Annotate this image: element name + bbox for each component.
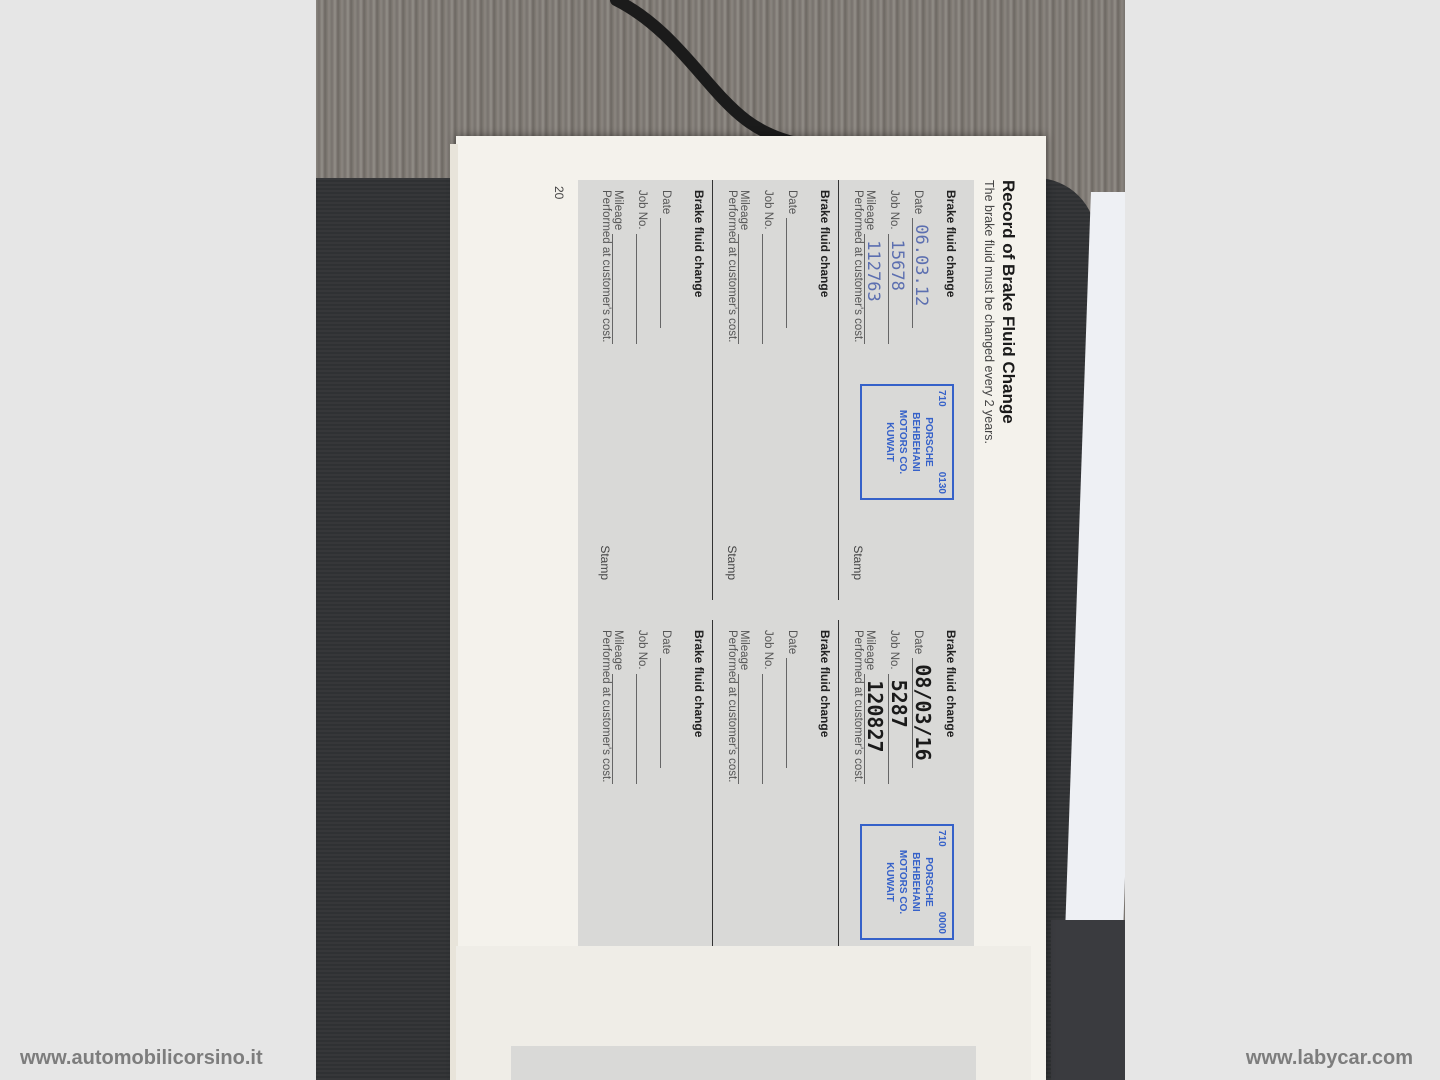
handwritten-mileage: 120827: [863, 680, 887, 752]
field-label: Mileage: [612, 630, 624, 670]
field-line: [660, 658, 678, 768]
stamp-code-right: 0130: [935, 472, 948, 494]
performed-note: Performed at customer's cost.: [600, 190, 612, 590]
dark-card: [1051, 920, 1125, 1080]
field-label: Date: [660, 190, 672, 214]
stamp-code-left: 710: [935, 390, 948, 407]
field-line: [612, 674, 630, 784]
field-label: Job No.: [762, 630, 774, 670]
field-label: Mileage: [612, 190, 624, 230]
field-line: [738, 234, 756, 344]
field-line: [660, 218, 678, 328]
dealer-stamp: 7100000PORSCHEBEHBEHANI MOTORS CO.KUWAIT: [860, 824, 954, 940]
performed-note: Performed at customer's cost.: [726, 190, 738, 590]
stamp-brand: PORSCHE: [922, 390, 935, 494]
handwritten-mileage: 112763: [863, 240, 883, 301]
field-label: Mileage: [864, 190, 876, 230]
stamp-country: KUWAIT: [883, 390, 896, 494]
field-label: Job No.: [888, 630, 900, 670]
stamp-code-right: 0000: [935, 912, 948, 934]
record-entry: Brake fluid changeDateJob No.MileagePerf…: [586, 180, 712, 600]
entry-title: Brake fluid change: [818, 190, 832, 590]
stamp-label: Stamp: [851, 545, 865, 580]
photo: Record of Brake Fluid Change The brake f…: [316, 0, 1125, 1080]
field-job_no: Job No.: [636, 190, 660, 590]
field-label: Date: [660, 630, 672, 654]
field-line: 5287: [888, 674, 906, 784]
field-line: [762, 674, 780, 784]
record-entry: Brake fluid changeDate06.03.12Job No.156…: [838, 180, 964, 600]
record-entry: Brake fluid changeDateJob No.MileagePerf…: [712, 180, 838, 600]
page-title: Record of Brake Fluid Change: [998, 180, 1018, 1050]
field-label: Job No.: [762, 190, 774, 230]
field-line: 08/03/16: [912, 658, 930, 768]
field-mileage: Mileage: [738, 190, 762, 590]
field-date: Date: [786, 190, 810, 590]
watermark-right: www.labycar.com: [1246, 1047, 1413, 1070]
field-line: 15678: [888, 234, 906, 344]
field-label: Date: [786, 190, 798, 214]
page-subtitle: The brake fluid must be changed every 2 …: [982, 180, 996, 1050]
handwritten-date: 06.03.12: [911, 224, 931, 306]
left-band: www.automobilicorsino.it: [0, 0, 316, 1080]
field-label: Date: [786, 630, 798, 654]
dealer-stamp: 7100130PORSCHEBEHBEHANI MOTORS CO.KUWAIT: [860, 384, 954, 500]
field-label: Job No.: [888, 190, 900, 230]
next-page: [456, 946, 1031, 1080]
stamp-dealer: BEHBEHANI MOTORS CO.: [896, 390, 922, 494]
field-line: [636, 234, 654, 344]
field-label: Job No.: [636, 190, 648, 230]
field-line: 120827: [864, 674, 882, 784]
stamp-label: Stamp: [598, 545, 612, 580]
stamp-codes: 7100000: [935, 830, 948, 934]
field-job_no: Job No.: [762, 190, 786, 590]
record-box: Brake fluid changeDate06.03.12Job No.156…: [578, 180, 974, 1050]
field-label: Mileage: [738, 190, 750, 230]
field-label: Mileage: [738, 630, 750, 670]
field-line: [612, 234, 630, 344]
stamp-dealer: BEHBEHANI MOTORS CO.: [896, 830, 922, 934]
field-label: Date: [912, 190, 924, 214]
field-line: 06.03.12: [912, 218, 930, 328]
stamp-code-left: 710: [935, 830, 948, 847]
field-line: [786, 658, 804, 768]
handwritten-date: 08/03/16: [911, 664, 935, 760]
field-line: [762, 234, 780, 344]
field-label: Date: [912, 630, 924, 654]
right-band: www.labycar.com: [1125, 0, 1440, 1080]
watermark-left: www.automobilicorsino.it: [20, 1047, 263, 1070]
stamp-codes: 7100130: [935, 390, 948, 494]
entry-title: Brake fluid change: [692, 190, 706, 590]
field-label: Mileage: [864, 630, 876, 670]
field-label: Job No.: [636, 630, 648, 670]
field-date: Date: [660, 190, 684, 590]
page-number: 20: [552, 186, 566, 199]
stamp-brand: PORSCHE: [922, 830, 935, 934]
handwritten-job_no: 5287: [887, 680, 911, 728]
field-line: [636, 674, 654, 784]
stamp-label: Stamp: [725, 545, 739, 580]
field-mileage: Mileage: [612, 190, 636, 590]
service-booklet: Record of Brake Fluid Change The brake f…: [456, 136, 1046, 1080]
handwritten-job_no: 15678: [887, 240, 907, 291]
field-line: 112763: [864, 234, 882, 344]
field-line: [738, 674, 756, 784]
stamp-country: KUWAIT: [883, 830, 896, 934]
field-line: [786, 218, 804, 328]
